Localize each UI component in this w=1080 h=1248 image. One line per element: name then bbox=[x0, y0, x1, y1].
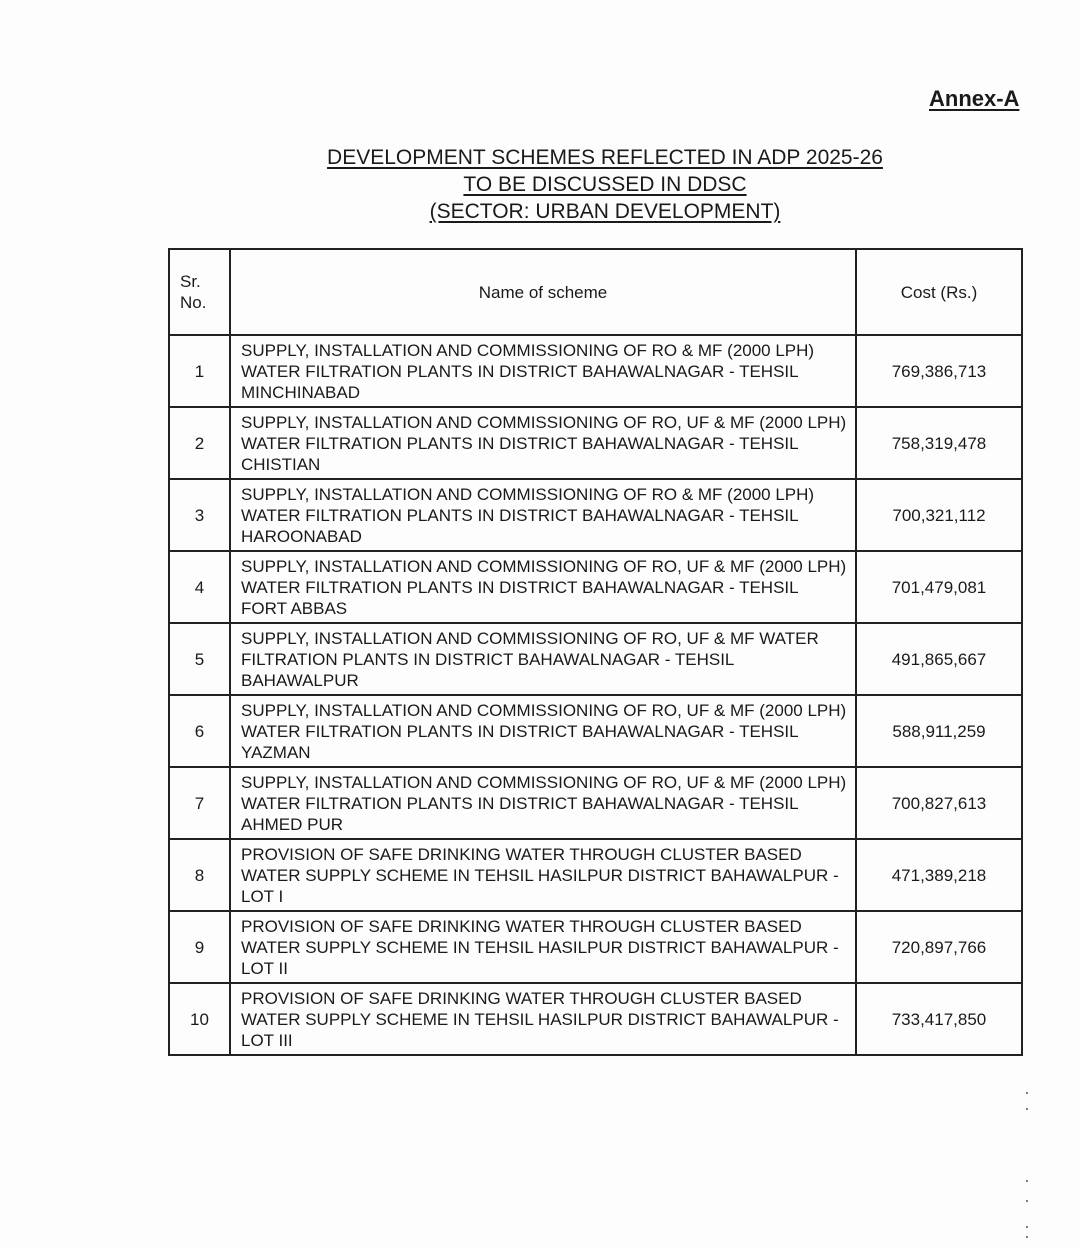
annex-label: Annex-A bbox=[929, 86, 1019, 112]
scan-speck bbox=[1026, 1200, 1028, 1202]
table-row: 4SUPPLY, INSTALLATION AND COMMISSIONING … bbox=[169, 551, 1022, 623]
table-row: 9PROVISION OF SAFE DRINKING WATER THROUG… bbox=[169, 911, 1022, 983]
scan-speck bbox=[1026, 1236, 1028, 1238]
title-line-3: (SECTOR: URBAN DEVELOPMENT) bbox=[280, 198, 930, 225]
row-scheme-name: PROVISION OF SAFE DRINKING WATER THROUGH… bbox=[230, 911, 856, 983]
scan-speck bbox=[1026, 1180, 1028, 1182]
row-sr-no: 6 bbox=[169, 695, 230, 767]
scan-speck bbox=[1026, 1108, 1028, 1110]
table-row: 5SUPPLY, INSTALLATION AND COMMISSIONING … bbox=[169, 623, 1022, 695]
table-row: 2SUPPLY, INSTALLATION AND COMMISSIONING … bbox=[169, 407, 1022, 479]
row-sr-no: 8 bbox=[169, 839, 230, 911]
row-scheme-name: PROVISION OF SAFE DRINKING WATER THROUGH… bbox=[230, 983, 856, 1055]
row-scheme-name: SUPPLY, INSTALLATION AND COMMISSIONING O… bbox=[230, 335, 856, 407]
row-cost: 733,417,850 bbox=[856, 983, 1022, 1055]
row-sr-no: 1 bbox=[169, 335, 230, 407]
row-sr-no: 2 bbox=[169, 407, 230, 479]
title-line-1: DEVELOPMENT SCHEMES REFLECTED IN ADP 202… bbox=[280, 144, 930, 171]
row-cost: 769,386,713 bbox=[856, 335, 1022, 407]
scan-speck bbox=[1026, 1092, 1028, 1094]
document-title: DEVELOPMENT SCHEMES REFLECTED IN ADP 202… bbox=[280, 144, 930, 225]
row-scheme-name: SUPPLY, INSTALLATION AND COMMISSIONING O… bbox=[230, 695, 856, 767]
row-cost: 471,389,218 bbox=[856, 839, 1022, 911]
row-scheme-name: SUPPLY, INSTALLATION AND COMMISSIONING O… bbox=[230, 479, 856, 551]
row-sr-no: 5 bbox=[169, 623, 230, 695]
row-scheme-name: SUPPLY, INSTALLATION AND COMMISSIONING O… bbox=[230, 551, 856, 623]
row-sr-no: 9 bbox=[169, 911, 230, 983]
table-row: 7SUPPLY, INSTALLATION AND COMMISSIONING … bbox=[169, 767, 1022, 839]
table-row: 8PROVISION OF SAFE DRINKING WATER THROUG… bbox=[169, 839, 1022, 911]
row-scheme-name: SUPPLY, INSTALLATION AND COMMISSIONING O… bbox=[230, 767, 856, 839]
row-scheme-name: PROVISION OF SAFE DRINKING WATER THROUGH… bbox=[230, 839, 856, 911]
header-cost: Cost (Rs.) bbox=[856, 249, 1022, 335]
table-row: 6SUPPLY, INSTALLATION AND COMMISSIONING … bbox=[169, 695, 1022, 767]
table-row: 10PROVISION OF SAFE DRINKING WATER THROU… bbox=[169, 983, 1022, 1055]
schemes-table: Sr. No. Name of scheme Cost (Rs.) 1SUPPL… bbox=[168, 248, 1023, 1056]
title-line-2: TO BE DISCUSSED IN DDSC bbox=[280, 171, 930, 198]
row-cost: 701,479,081 bbox=[856, 551, 1022, 623]
row-sr-no: 3 bbox=[169, 479, 230, 551]
row-sr-no: 4 bbox=[169, 551, 230, 623]
row-cost: 720,897,766 bbox=[856, 911, 1022, 983]
header-name-of-scheme: Name of scheme bbox=[230, 249, 856, 335]
row-scheme-name: SUPPLY, INSTALLATION AND COMMISSIONING O… bbox=[230, 407, 856, 479]
row-cost: 758,319,478 bbox=[856, 407, 1022, 479]
row-cost: 700,321,112 bbox=[856, 479, 1022, 551]
row-cost: 491,865,667 bbox=[856, 623, 1022, 695]
row-scheme-name: SUPPLY, INSTALLATION AND COMMISSIONING O… bbox=[230, 623, 856, 695]
table-row: 1SUPPLY, INSTALLATION AND COMMISSIONING … bbox=[169, 335, 1022, 407]
scan-speck bbox=[1026, 1226, 1028, 1228]
row-sr-no: 7 bbox=[169, 767, 230, 839]
header-sr-no: Sr. No. bbox=[169, 249, 230, 335]
table-header-row: Sr. No. Name of scheme Cost (Rs.) bbox=[169, 249, 1022, 335]
row-sr-no: 10 bbox=[169, 983, 230, 1055]
row-cost: 588,911,259 bbox=[856, 695, 1022, 767]
row-cost: 700,827,613 bbox=[856, 767, 1022, 839]
table-row: 3SUPPLY, INSTALLATION AND COMMISSIONING … bbox=[169, 479, 1022, 551]
